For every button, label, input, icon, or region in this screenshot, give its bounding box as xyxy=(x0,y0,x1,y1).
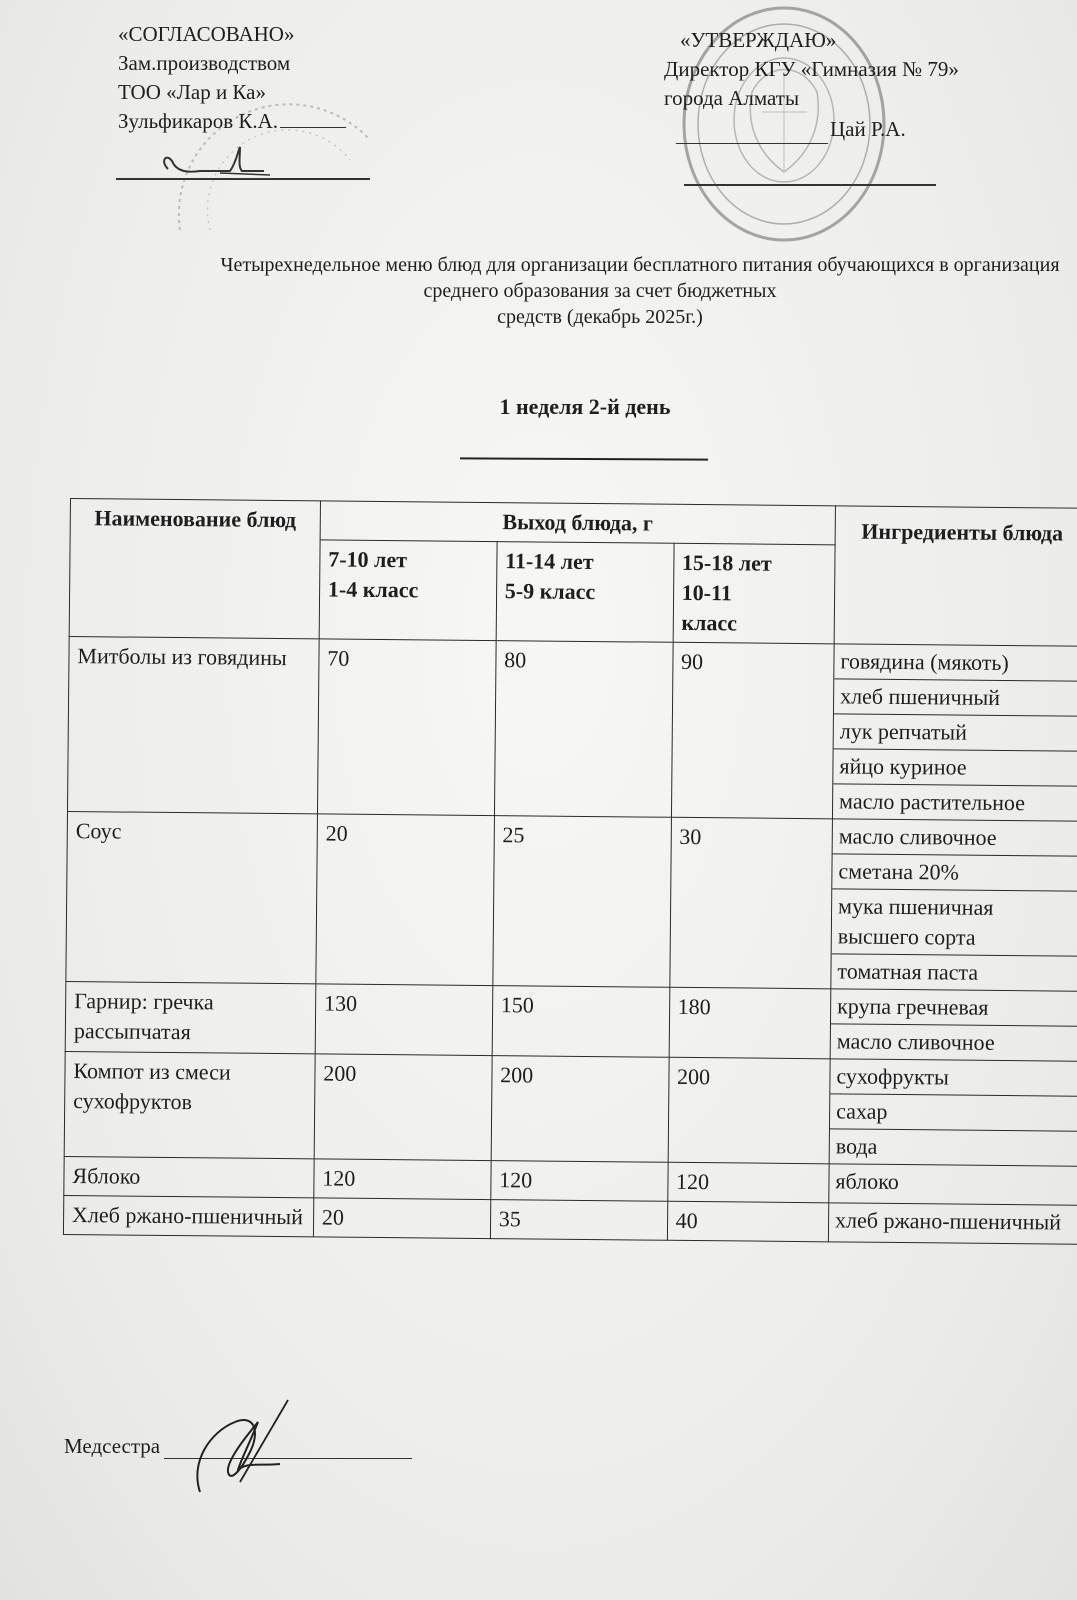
nurse-signature xyxy=(180,1392,330,1502)
header-age-11-14: 11-14 лет5-9 класс xyxy=(496,542,674,643)
ingredient-item: масло сливочное xyxy=(831,1024,1077,1060)
table-row: Соус202530масло сливочноесметана 20%мука… xyxy=(66,811,1077,991)
ingredients-cell: масло сливочноесметана 20%мука пшеничная… xyxy=(831,819,1077,991)
menu-table-body: Митболы из говядины708090говядина (мякот… xyxy=(63,636,1077,1244)
ingredient-item: яйцо куриное xyxy=(833,749,1077,786)
ingredient-list: сухофруктысахарвода xyxy=(830,1059,1077,1165)
ingredient-list: хлеб ржано-пшеничный xyxy=(829,1203,1077,1239)
dish-name-cell: Соус xyxy=(66,811,317,983)
yield-15-18-cell: 30 xyxy=(669,817,832,989)
ingredient-item: говядина (мякоть) xyxy=(834,644,1077,681)
signature-line-left xyxy=(116,178,370,180)
header-age-7-10: 7-10 лет1-4 класс xyxy=(319,540,497,641)
yield-11-14-cell: 35 xyxy=(490,1200,667,1241)
heading-underline xyxy=(460,457,708,460)
yield-7-10-cell: 200 xyxy=(314,1054,492,1161)
ingredient-item: масло растительное xyxy=(833,784,1077,820)
ingredient-item: лук репчатый xyxy=(834,714,1077,751)
table-row: Хлеб ржано-пшеничный203540хлеб ржано-пше… xyxy=(63,1195,1077,1244)
approval-right-position: Директор КГУ «Гимназия № 79» xyxy=(664,55,959,84)
yield-15-18-cell: 40 xyxy=(667,1201,829,1242)
ingredient-item: яблоко xyxy=(829,1164,1077,1200)
header-ingredients: Ингредиенты блюда xyxy=(834,506,1077,646)
yield-7-10-cell: 70 xyxy=(317,639,496,816)
header-age-15-18: 15-18 лет10-11класс xyxy=(673,543,835,644)
header-yield: Выход блюда, г xyxy=(320,501,835,545)
ingredient-list: яблоко xyxy=(829,1164,1077,1200)
menu-table: Наименование блюд Выход блюда, г Ингреди… xyxy=(63,498,1077,1245)
ingredient-list: крупа гречневаямасло сливочное xyxy=(831,989,1077,1060)
title-line-1: Четырехнедельное меню блюд для организац… xyxy=(140,252,1077,278)
yield-7-10-cell: 20 xyxy=(313,1198,490,1239)
signature-underline xyxy=(280,111,346,128)
menu-day-heading: 1 неделя 2-й день xyxy=(0,394,1077,420)
yield-15-18-cell: 180 xyxy=(669,987,831,1059)
approval-left-heading: «СОГЛАСОВАНО» xyxy=(118,20,346,49)
title-line-2: среднего образования за счет бюджетных xyxy=(100,278,1077,304)
yield-15-18-cell: 200 xyxy=(668,1057,830,1164)
ingredient-item: хлеб пшеничный xyxy=(834,679,1077,716)
ingredient-item: томатная паста xyxy=(831,954,1077,990)
yield-15-18-cell: 90 xyxy=(671,642,834,819)
table-row: Митболы из говядины708090говядина (мякот… xyxy=(67,636,1077,821)
ingredients-cell: говядина (мякоть)хлеб пшеничныйлук репча… xyxy=(832,644,1077,821)
ingredient-item: сахар xyxy=(830,1094,1077,1131)
dish-name-cell: Гарнир: гречка рассыпчатая xyxy=(65,981,316,1053)
header-dish-name: Наименование блюд xyxy=(69,499,320,639)
table-row: Компот из смеси сухофруктов200200200сухо… xyxy=(64,1051,1077,1166)
ingredient-item: хлеб ржано-пшеничный xyxy=(829,1203,1077,1239)
ingredient-list: говядина (мякоть)хлеб пшеничныйлук репча… xyxy=(833,644,1077,820)
nurse-label: Медсестра xyxy=(64,1434,160,1459)
approval-block-right: «УТВЕРЖДАЮ» Директор КГУ «Гимназия № 79»… xyxy=(676,26,959,144)
yield-7-10-cell: 20 xyxy=(316,814,494,986)
ingredients-cell: сухофруктысахарвода xyxy=(829,1059,1077,1166)
ingredients-cell: яблоко xyxy=(829,1164,1077,1205)
dish-name-cell: Яблоко xyxy=(64,1156,314,1197)
ingredient-item: мука пшеничная высшего сорта xyxy=(832,889,1077,956)
yield-7-10-cell: 120 xyxy=(314,1159,491,1200)
dish-name-cell: Компот из смеси сухофруктов xyxy=(64,1051,315,1158)
ingredients-cell: крупа гречневаямасло сливочное xyxy=(830,989,1077,1061)
ingredient-item: сухофрукты xyxy=(830,1059,1077,1096)
approval-right-city: города Алматы xyxy=(664,84,959,113)
yield-15-18-cell: 120 xyxy=(667,1162,829,1203)
approval-left-person: Зульфикаров К.А. xyxy=(118,109,278,133)
approval-left-position: Зам.производством xyxy=(118,49,346,78)
approval-right-person: Цай Р.А. xyxy=(830,115,906,144)
document-page: «СОГЛАСОВАНО» Зам.производством ТОО «Лар… xyxy=(0,0,1077,1600)
document-title: Четырехнедельное меню блюд для организац… xyxy=(100,252,1077,330)
signature-line-right xyxy=(684,184,936,186)
approval-right-heading: «УТВЕРЖДАЮ» xyxy=(676,26,959,55)
ingredient-item: крупа гречневая xyxy=(831,989,1077,1026)
ingredients-cell: хлеб ржано-пшеничный xyxy=(828,1203,1077,1244)
dish-name-cell: Митболы из говядины xyxy=(67,636,319,813)
ingredient-item: сметана 20% xyxy=(832,854,1077,891)
table-row: Гарнир: гречка рассыпчатая130150180крупа… xyxy=(65,981,1077,1061)
signature-left xyxy=(160,143,280,181)
dish-name-cell: Хлеб ржано-пшеничный xyxy=(63,1195,313,1236)
yield-11-14-cell: 120 xyxy=(491,1161,668,1202)
ingredient-item: масло сливочное xyxy=(833,819,1077,856)
ingredient-item: вода xyxy=(830,1129,1077,1165)
yield-11-14-cell: 25 xyxy=(493,816,671,988)
approval-block-left: «СОГЛАСОВАНО» Зам.производством ТОО «Лар… xyxy=(118,20,346,136)
signature-underline xyxy=(676,125,828,144)
ingredient-list: масло сливочноесметана 20%мука пшеничная… xyxy=(831,819,1077,990)
title-line-3: средств (декабрь 2025г.) xyxy=(100,304,1077,330)
yield-11-14-cell: 80 xyxy=(494,641,673,818)
approval-left-company: ТОО «Лар и Ка» xyxy=(118,78,346,107)
yield-11-14-cell: 200 xyxy=(491,1056,669,1163)
yield-11-14-cell: 150 xyxy=(492,986,670,1058)
yield-7-10-cell: 130 xyxy=(315,984,493,1056)
